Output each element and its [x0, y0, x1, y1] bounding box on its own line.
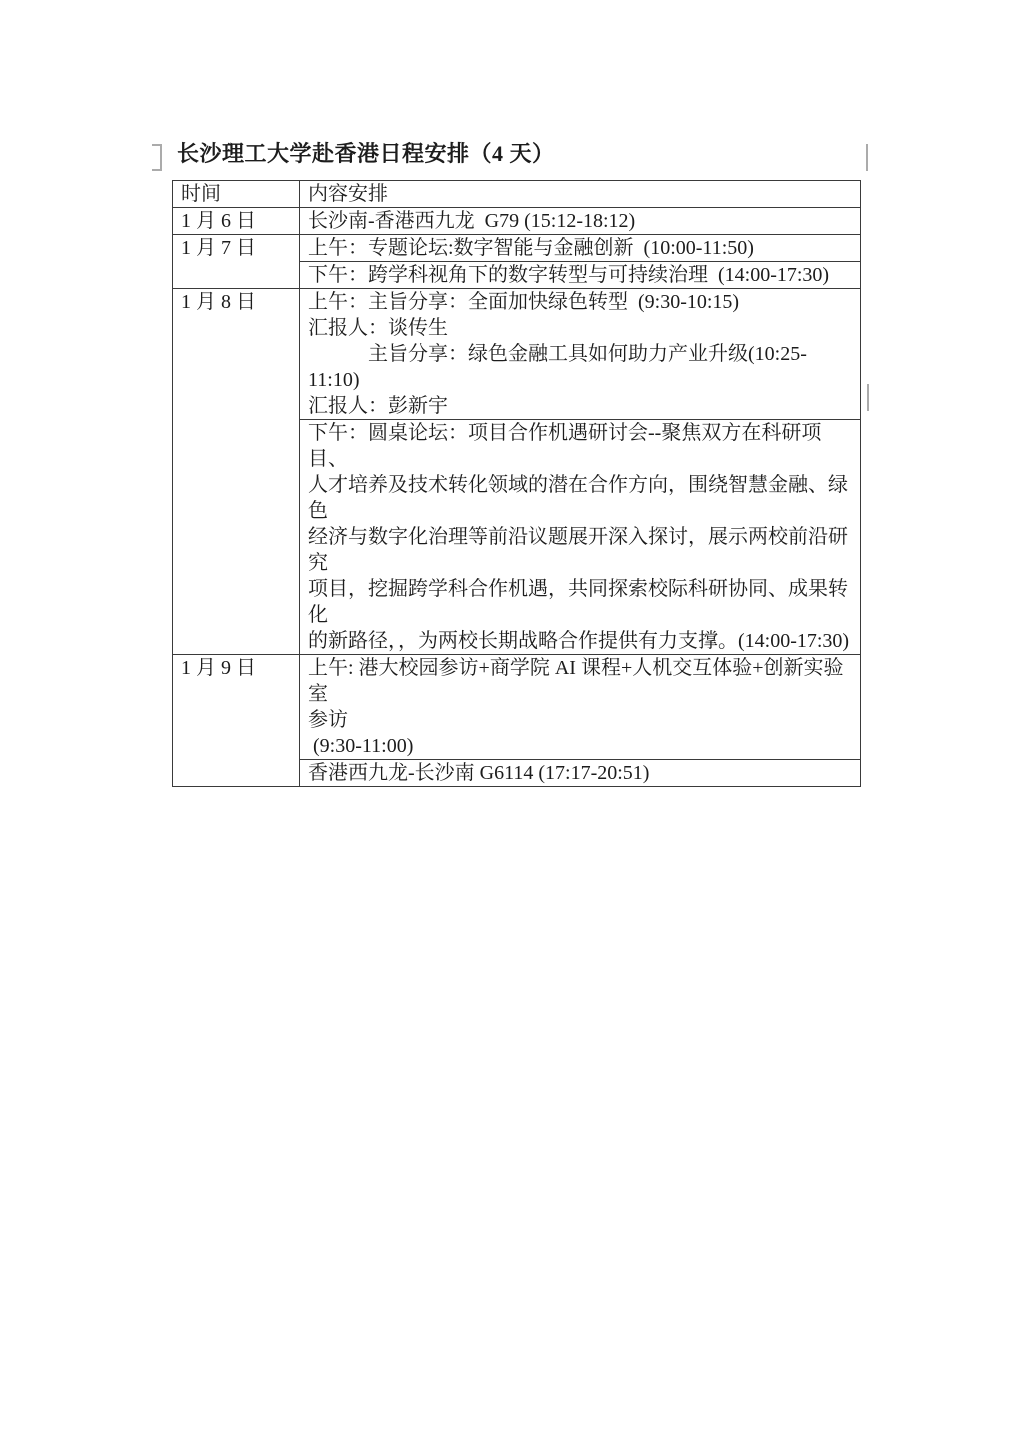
content-cell: 长沙南-香港西九龙 G79 (15:12-18:12): [300, 208, 861, 235]
content-cell: 上午：主旨分享：全面加快绿色转型 (9:30-10:15) 汇报人：谈传生 主旨…: [300, 289, 861, 420]
table-row-jan7-morning: 1 月 7 日 上午：专题论坛:数字智能与金融创新 (10:00-11:50): [173, 235, 861, 262]
document-page: 长沙理工大学赴香港日程安排（4 天） 时间 内容安排 1 月 6 日 长沙南-香…: [0, 0, 1024, 1448]
date-cell: 1 月 9 日: [173, 655, 300, 787]
header-cell-content: 内容安排: [300, 181, 861, 208]
content-cell: 上午: 港大校园参访+商学院 AI 课程+人机交互体验+创新实验室 参访 (9:…: [300, 655, 861, 760]
content-cell: 下午：跨学科视角下的数字转型与可持续治理 (14:00-17:30): [300, 262, 861, 289]
table-row-jan8-morning: 1 月 8 日 上午：主旨分享：全面加快绿色转型 (9:30-10:15) 汇报…: [173, 289, 861, 420]
header-row: 时间 内容安排: [173, 181, 861, 208]
bookmark-bracket-icon: [152, 144, 162, 171]
header-cell-time: 时间: [173, 181, 300, 208]
date-cell: 1 月 7 日: [173, 235, 300, 289]
content-cell: 下午：圆桌论坛：项目合作机遇研讨会--聚焦双方在科研项目、 人才培养及技术转化领…: [300, 420, 861, 655]
revision-mark-icon-top: [866, 144, 868, 171]
document-title: 长沙理工大学赴香港日程安排（4 天）: [177, 139, 555, 169]
schedule-table: 时间 内容安排 1 月 6 日 长沙南-香港西九龙 G79 (15:12-18:…: [172, 180, 861, 787]
revision-mark-icon-mid: [867, 384, 869, 411]
content-cell: 香港西九龙-长沙南 G6114 (17:17-20:51): [300, 760, 861, 787]
table-row-jan6: 1 月 6 日 长沙南-香港西九龙 G79 (15:12-18:12): [173, 208, 861, 235]
content-cell: 上午：专题论坛:数字智能与金融创新 (10:00-11:50): [300, 235, 861, 262]
table-row-jan9-morning: 1 月 9 日 上午: 港大校园参访+商学院 AI 课程+人机交互体验+创新实验…: [173, 655, 861, 760]
date-cell: 1 月 8 日: [173, 289, 300, 655]
date-cell: 1 月 6 日: [173, 208, 300, 235]
